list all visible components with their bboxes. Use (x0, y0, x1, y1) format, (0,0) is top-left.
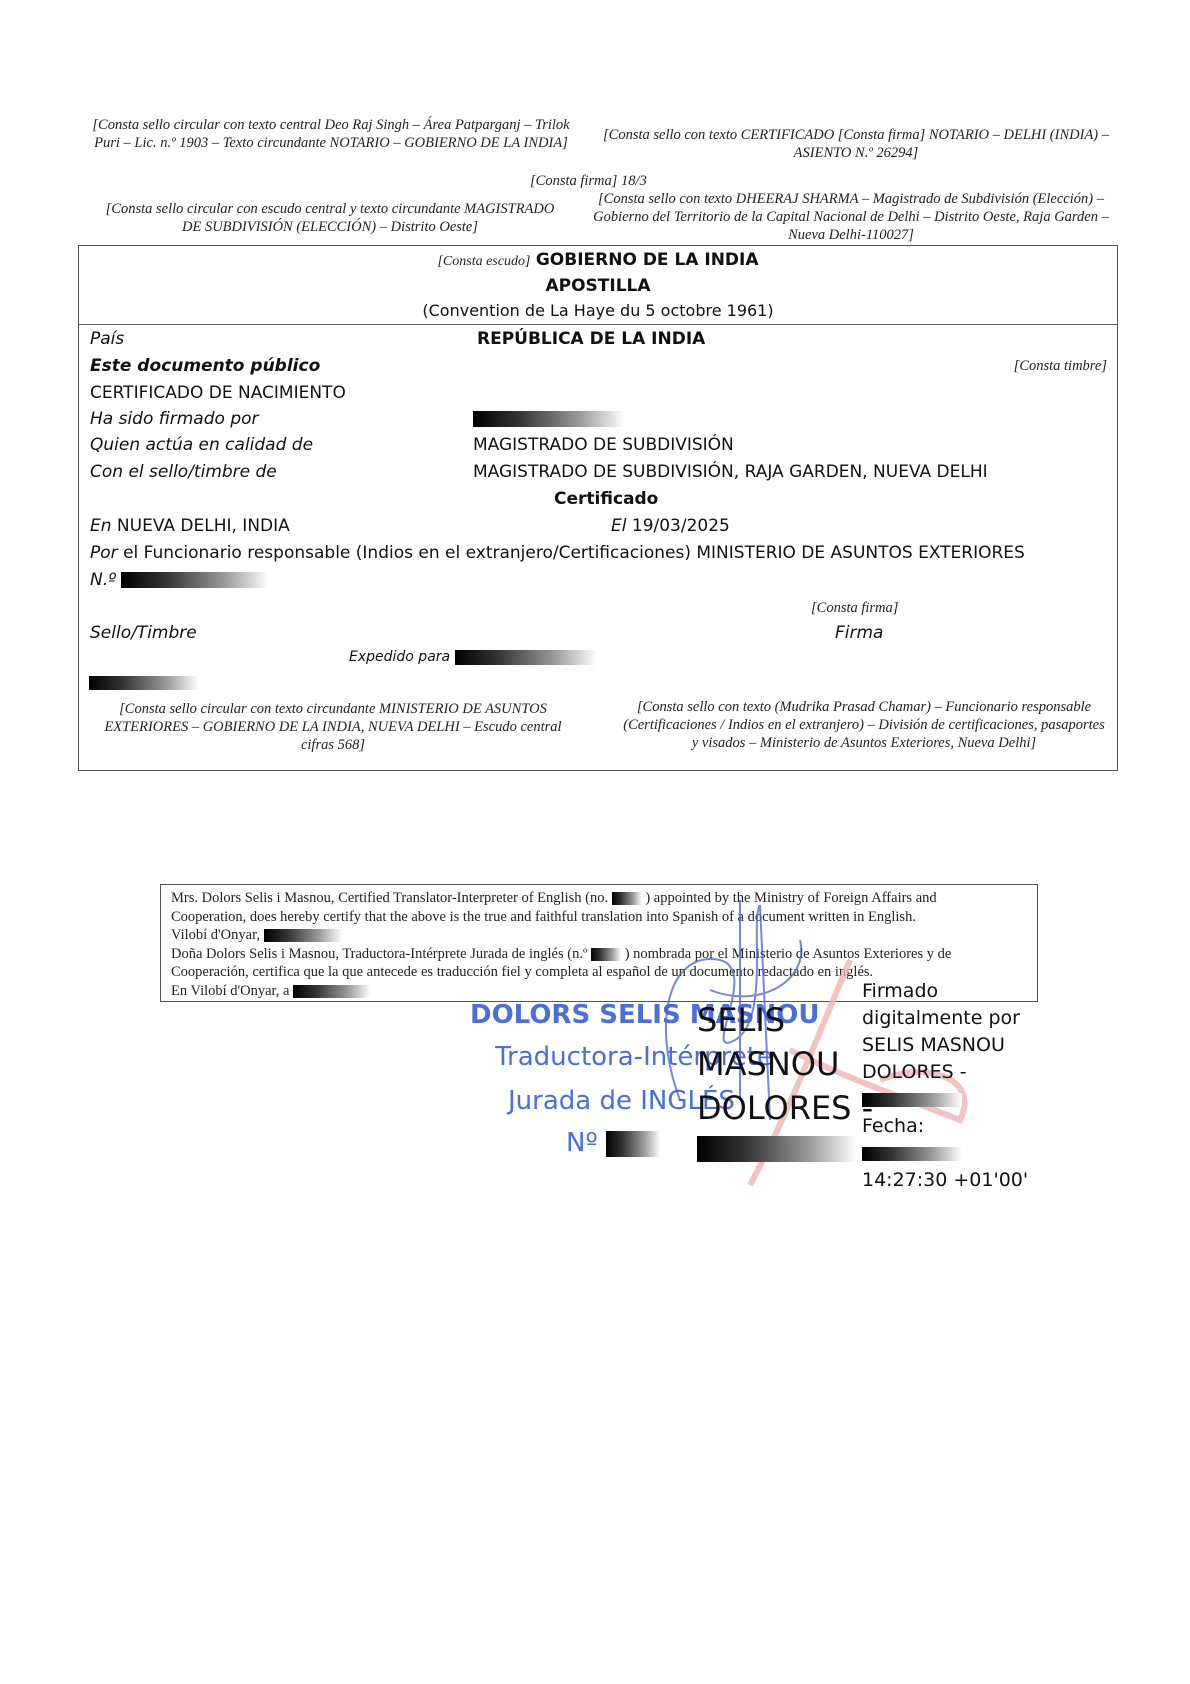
digitally-by-label: digitalmente por (862, 1005, 1028, 1032)
date-value: 19/03/2025 (632, 516, 730, 536)
convention-line: (Convention de La Haye du 5 octobre 1961… (79, 301, 1117, 320)
signer-line-2: DOLORES - (862, 1059, 1028, 1086)
at-label: En (90, 516, 112, 536)
signature-time: 14:27:30 +01'00' (862, 1167, 1028, 1194)
date-label: El (611, 516, 626, 536)
translator-stamp-number-label: Nº (566, 1128, 598, 1158)
issued-for-label: Expedido para (349, 649, 450, 665)
document-type: CERTIFICADO DE NACIMIENTO (90, 383, 346, 403)
country-label: País (90, 329, 124, 349)
seal-label: Sello/Timbre (90, 623, 197, 643)
redacted-seal-mark (89, 676, 199, 690)
redacted-date (264, 929, 342, 942)
at-value: NUEVA DELHI, INDIA (117, 516, 290, 536)
magistrate-seal-note: [Consta sello circular con escudo centra… (100, 200, 560, 236)
date-label: Fecha: (862, 1113, 1028, 1140)
signed-by-label: Ha sido firmado por (90, 409, 259, 429)
redacted-signer-id (697, 1136, 857, 1162)
digital-signature-surname-1: SELIS (697, 998, 873, 1042)
acting-as-label: Quien actúa en calidad de (90, 435, 313, 455)
digital-signature-given-name: DOLORES - (697, 1086, 873, 1130)
redacted-license-number (612, 892, 642, 905)
redacted-date-row (862, 1140, 1028, 1167)
country-value: REPÚBLICA DE LA INDIA (477, 329, 705, 349)
ministry-seal-note: [Consta sello circular con texto circund… (93, 700, 573, 754)
redacted-stamp-number (606, 1131, 660, 1157)
signer-line-1: SELIS MASNOU (862, 1032, 1028, 1059)
acting-as-value: MAGISTRADO DE SUBDIVISIÓN (473, 435, 734, 455)
shield-note: [Consta escudo] (437, 254, 530, 269)
en-line-1: Mrs. Dolors Selis i Masnou, Certified Tr… (171, 889, 1027, 908)
redacted-id-row (862, 1086, 1028, 1113)
official-seal-note: [Consta sello con texto (Mudrika Prasad … (619, 698, 1109, 752)
redacted-license-number (591, 948, 621, 961)
en-line-2: Cooperation, does hereby certify that th… (171, 908, 1027, 927)
redacted-recipient (455, 650, 597, 665)
signature-note: [Consta firma] (811, 600, 898, 617)
signed-label: Firmado (862, 978, 1028, 1005)
apostille-government-header: [Consta escudo] GOBIERNO DE LA INDIA (79, 250, 1117, 270)
certified-seal-note: [Consta sello con texto CERTIFICADO [Con… (596, 126, 1116, 162)
by-line: Por el Funcionario responsable (Indios e… (90, 543, 1025, 563)
seal-of-label: Con el sello/timbre de (90, 462, 277, 482)
seal-of-value: MAGISTRADO DE SUBDIVISIÓN, RAJA GARDEN, … (473, 462, 988, 482)
sharma-seal-note: [Consta sello con texto DHEERAJ SHARMA –… (586, 190, 1116, 244)
notary-seal-note: [Consta sello circular con texto central… (86, 116, 576, 152)
document-label: Este documento público (90, 356, 320, 376)
digital-signature-details: Firmado digitalmente por SELIS MASNOU DO… (862, 978, 1028, 1194)
digital-signature-surname-2: MASNOU (697, 1042, 873, 1086)
apostille-title: APOSTILLA (79, 276, 1117, 296)
by-value: el Funcionario responsable (Indios en el… (123, 543, 1025, 563)
redacted-number (121, 572, 269, 588)
redacted-signer (473, 411, 625, 427)
number-label: N.º (90, 570, 116, 590)
apostille-box: [Consta escudo] GOBIERNO DE LA INDIA APO… (78, 245, 1118, 771)
issued-for-line: Expedido para (349, 649, 597, 665)
date-line: El 19/03/2025 (611, 516, 730, 536)
stamp-note: [Consta timbre] (1014, 358, 1107, 375)
government-title: GOBIERNO DE LA INDIA (536, 250, 759, 270)
redacted-date (293, 985, 371, 998)
place-line: En NUEVA DELHI, INDIA (90, 516, 290, 536)
by-label: Por (90, 543, 118, 563)
notary-signature-note: [Consta firma] 18/3 (530, 172, 647, 190)
translator-stamp-number: Nº (566, 1128, 660, 1158)
certified-heading: Certificado (554, 489, 658, 509)
en-place: Vilobí d'Onyar, (171, 926, 1027, 945)
signature-label: Firma (835, 623, 883, 643)
header-divider (79, 324, 1117, 325)
digital-signature-name-block: SELIS MASNOU DOLORES - (697, 998, 873, 1130)
